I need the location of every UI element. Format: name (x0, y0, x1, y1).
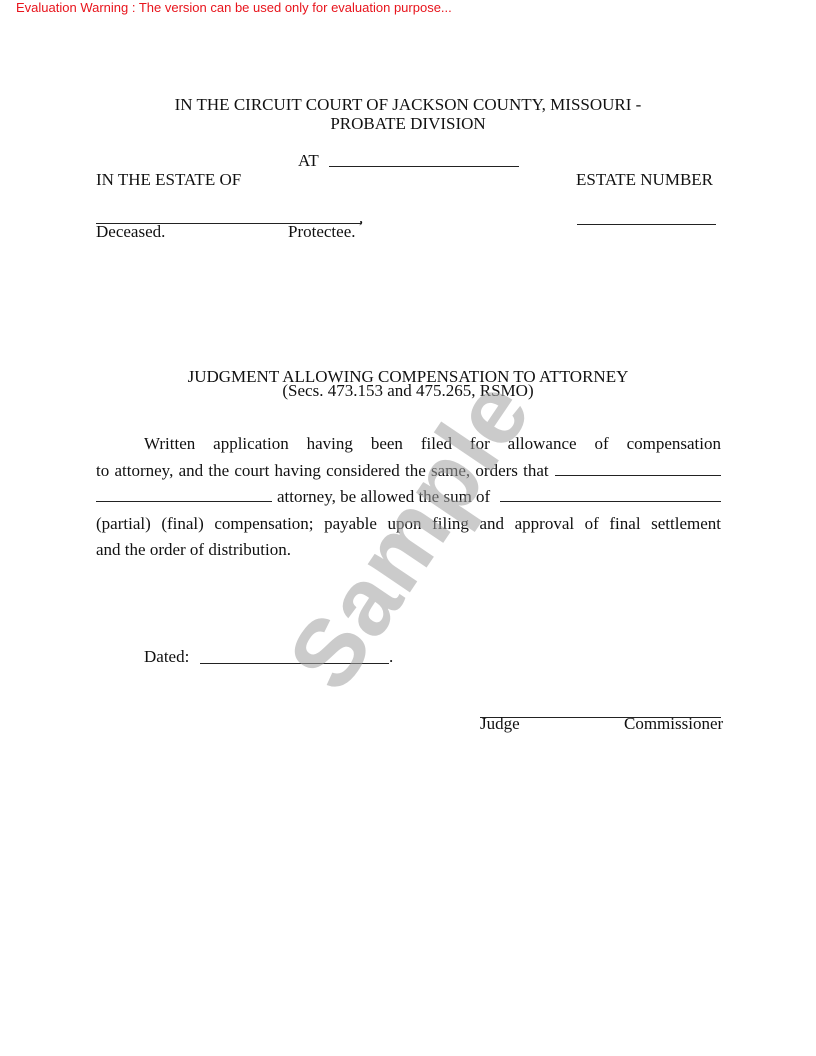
court-heading-line2: PROBATE DIVISION (96, 114, 720, 133)
dated-field[interactable] (200, 663, 389, 664)
body-line-1: Written application having been filed fo… (144, 434, 721, 454)
at-location-field[interactable] (329, 166, 519, 167)
at-label: AT (298, 151, 319, 170)
attorney-name-field-2[interactable] (96, 487, 272, 502)
body-line-3: attorney, be allowed the sum of (96, 487, 721, 507)
commissioner-label: Commissioner (624, 714, 723, 733)
dated-label: Dated: (144, 647, 189, 666)
attorney-name-field-1[interactable] (555, 461, 721, 476)
body-line-2: to attorney, and the court having consid… (96, 461, 721, 481)
body-line-2-text: to attorney, and the court having consid… (96, 461, 549, 481)
document-subtitle: (Secs. 473.153 and 475.265, RSMO) (96, 384, 720, 398)
body-line-3-text: attorney, be allowed the sum of (277, 487, 490, 507)
dated-period: . (389, 647, 393, 666)
body-line-5: and the order of distribution. (96, 540, 721, 560)
estate-number-field[interactable] (577, 224, 716, 225)
sum-amount-field[interactable] (500, 487, 721, 502)
body-line-4: (partial) (final) compensation; payable … (96, 514, 721, 534)
protectee-label: Protectee. (288, 222, 356, 241)
deceased-label: Deceased. (96, 222, 165, 241)
sample-watermark: Sample (267, 360, 553, 710)
comma: , (359, 208, 363, 227)
estate-of-label: IN THE ESTATE OF (96, 170, 241, 189)
estate-number-label: ESTATE NUMBER (576, 170, 713, 189)
evaluation-warning: Evaluation Warning : The version can be … (16, 0, 452, 15)
judge-label: Judge (480, 714, 520, 733)
court-heading-line1: IN THE CIRCUIT COURT OF JACKSON COUNTY, … (96, 95, 720, 114)
